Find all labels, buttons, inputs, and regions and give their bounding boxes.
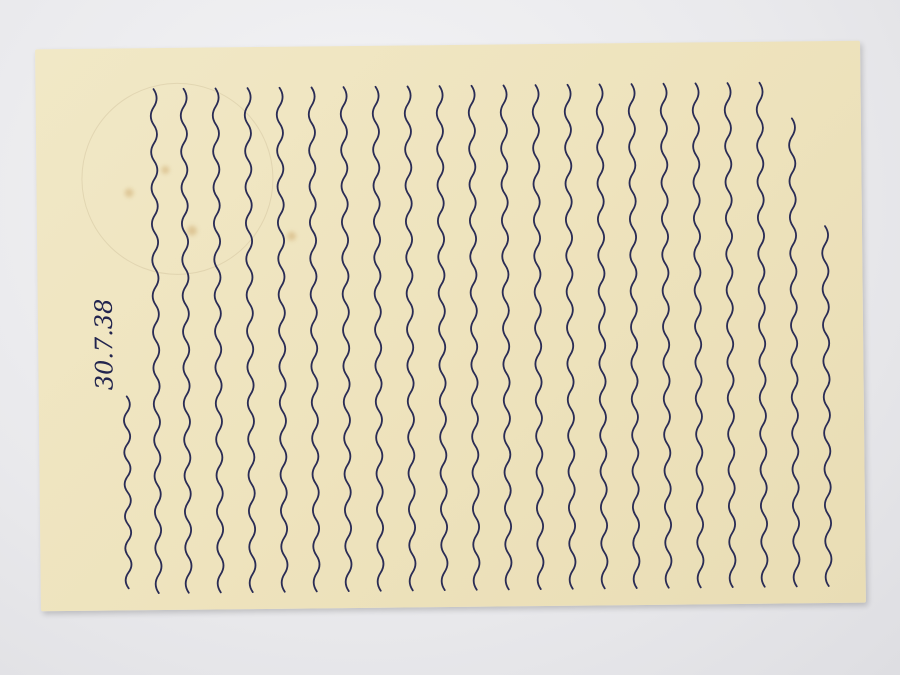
handwritten-text-lines	[35, 41, 866, 612]
postcard: 30.7.38	[35, 41, 866, 612]
